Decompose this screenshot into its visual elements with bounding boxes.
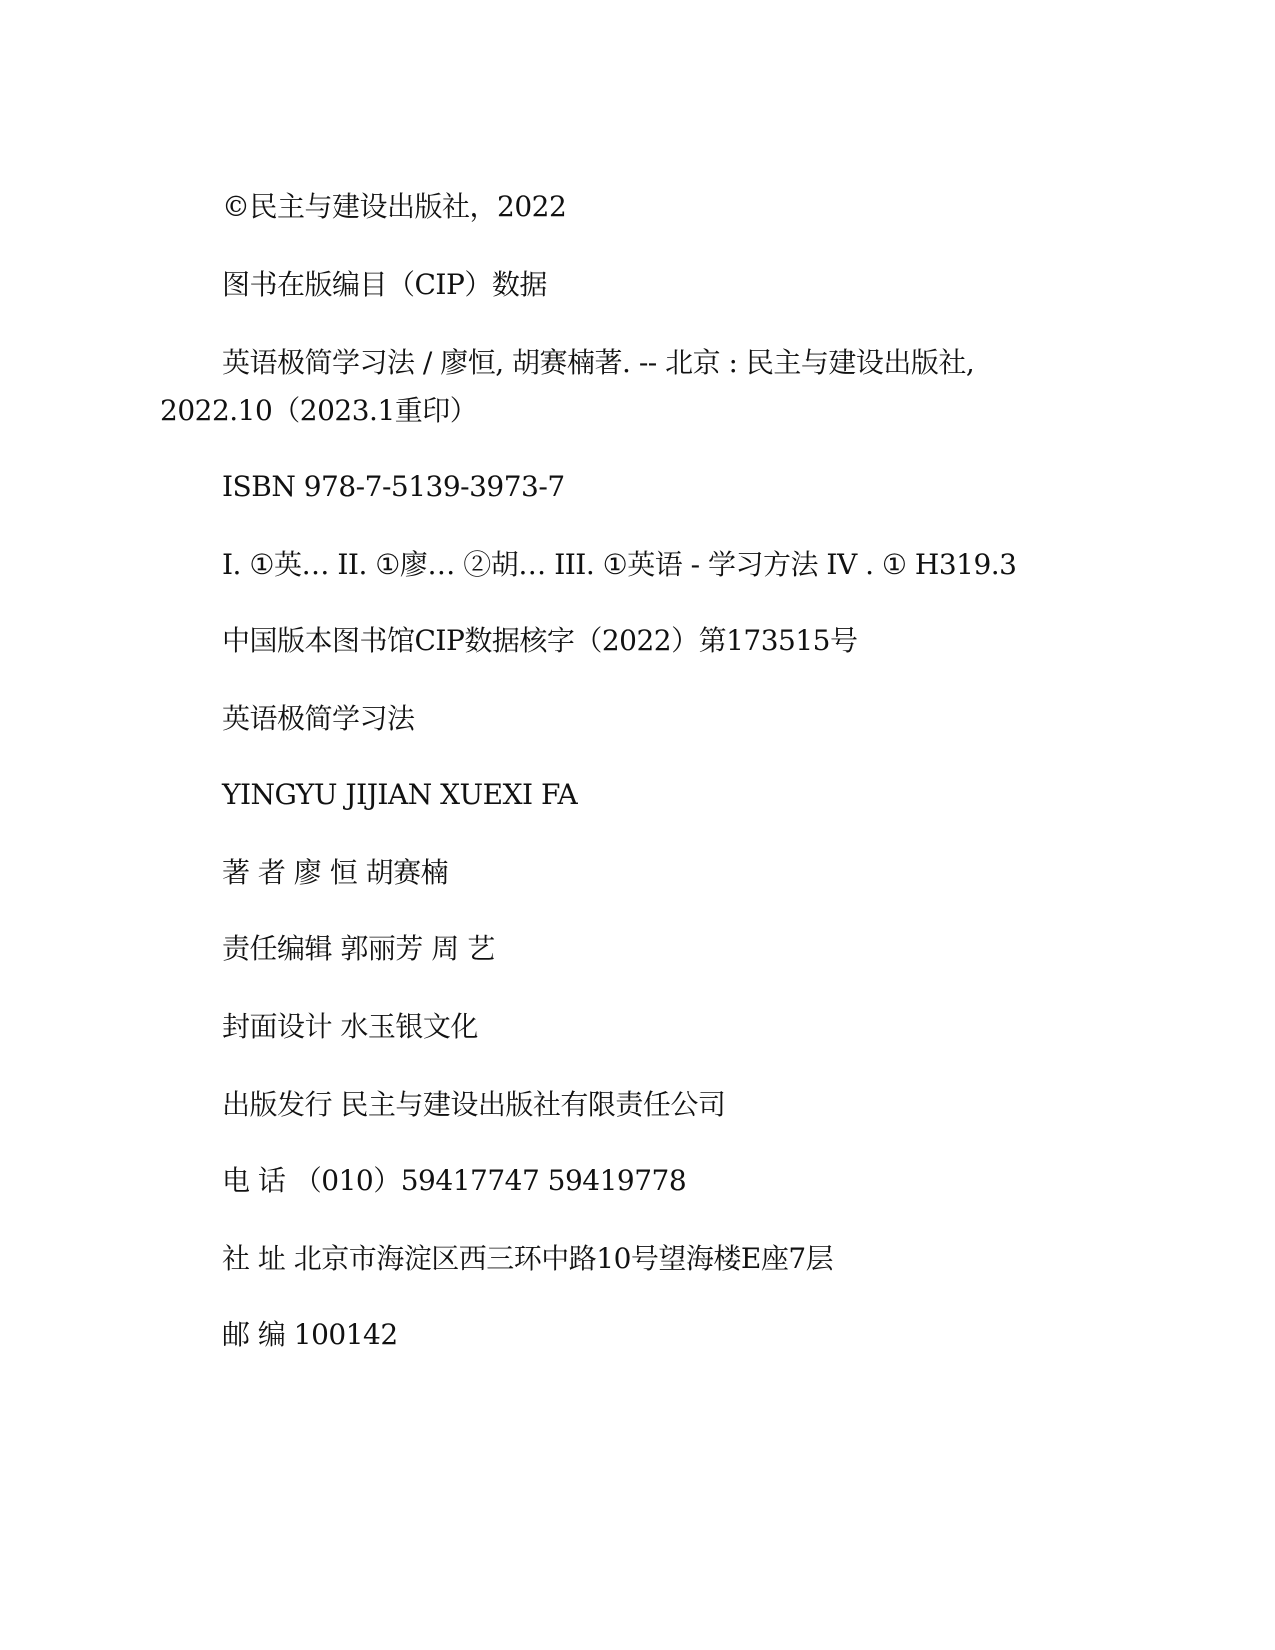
postcode: 邮 编 100142 bbox=[222, 1318, 398, 1352]
isbn: ISBN 978-7-5139-3973-7 bbox=[222, 470, 565, 504]
address: 社 址 北京市海淀区西三环中路10号望海楼E座7层 bbox=[222, 1242, 833, 1276]
cip-verification: 中国版本图书馆CIP数据核字（2022）第173515号 bbox=[222, 624, 857, 658]
cover-design: 封面设计 水玉银文化 bbox=[222, 1010, 478, 1044]
classification: I. ①英… II. ①廖… ②胡… III. ①英语 - 学习方法 IV . … bbox=[222, 548, 1017, 582]
copyright-line: ©民主与建设出版社，2022 bbox=[222, 190, 566, 224]
editors: 责任编辑 郭丽芳 周 艺 bbox=[222, 932, 495, 966]
authors: 著 者 廖 恒 胡赛楠 bbox=[222, 856, 448, 890]
title-pinyin: YINGYU JIJIAN XUEXI FA bbox=[222, 778, 577, 812]
cip-heading: 图书在版编目（CIP）数据 bbox=[222, 268, 547, 302]
cip-entry-line2: 2022.10（2023.1重印） bbox=[160, 394, 477, 428]
publisher: 出版发行 民主与建设出版社有限责任公司 bbox=[222, 1088, 725, 1122]
copyright-page: ©民主与建设出版社，2022 图书在版编目（CIP）数据 英语极简学习法 / 廖… bbox=[0, 0, 1275, 1650]
cip-entry-line1: 英语极简学习法 / 廖恒, 胡赛楠著. -- 北京 : 民主与建设出版社, bbox=[222, 346, 974, 380]
title-chinese: 英语极简学习法 bbox=[222, 702, 415, 736]
phone: 电 话 （010）59417747 59419778 bbox=[222, 1164, 686, 1198]
